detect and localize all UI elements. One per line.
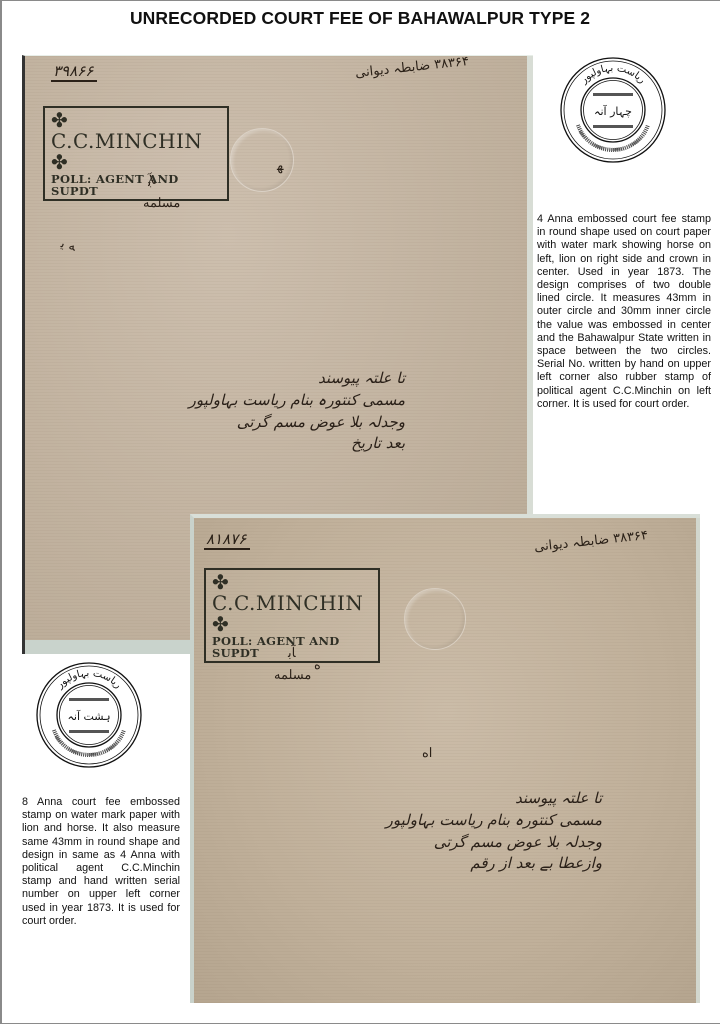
rubber-stamp-line1: ✤ C.C.MINCHIN ✤ xyxy=(51,110,221,173)
four-anna-description: 4 Anna embossed court fee stamp in round… xyxy=(537,213,711,411)
four-anna-seal-icon: ریاست بہاولپور چہار آنہ xyxy=(558,55,668,165)
handwriting-line: وجدلہ بلا عوض مسم گرتی xyxy=(302,832,602,854)
margin-note: ﻣﺴﻠﻤﻪ xyxy=(143,196,180,211)
handwritten-order: تا علتہ پیوسند مسمی کنتورہ بنام ریاست بہ… xyxy=(302,788,602,875)
handwriting-line: وازعطا بے بعد از رقم xyxy=(302,853,602,875)
handwriting-line: مسمی کنتورہ بنام ریاست بہاولپور xyxy=(302,810,602,832)
rubber-stamp-line2: POLL: AGENT AND SUPDT xyxy=(51,173,221,197)
margin-note: ﻬ xyxy=(277,158,283,174)
handwriting-line: تا علتہ پیوسند xyxy=(302,788,602,810)
seal-outer-text: ریاست بہاولپور xyxy=(54,668,124,692)
document-eight-anna: ۸۱۸۷۶ ۳۸۳۶۴ ضابطہ دیوانی ✤ C.C.MINCHIN ✤… xyxy=(190,514,700,1003)
rubber-stamp-minchin: ✤ C.C.MINCHIN ✤ POLL: AGENT AND SUPDT xyxy=(43,106,229,201)
handwritten-order: تا علتہ پیوسند مسمی کنتورہ بنام ریاست بہ… xyxy=(145,368,405,455)
seal-outer-text: ریاست بہاولپور xyxy=(578,63,648,87)
handwriting-line: مسمی کنتورہ بنام ریاست بہاولپور xyxy=(145,390,405,412)
handwriting-line: بعد تاریخ xyxy=(145,433,405,455)
top-right-note: ۳۸۳۶۴ ضابطہ دیوانی xyxy=(534,528,649,555)
eight-anna-description: 8 Anna court fee embossed stamp on water… xyxy=(22,796,180,928)
handwriting-line: تا علتہ پیوسند xyxy=(145,368,405,390)
seal-center-text: چہار آنہ xyxy=(594,104,632,118)
embossed-stamp xyxy=(404,588,466,650)
svg-text:ریاست بہاولپور: ریاست بہاولپور xyxy=(578,63,648,87)
margin-note: ﻪ ﻳ xyxy=(59,236,77,254)
margin-note: ﻩ xyxy=(314,658,321,673)
handwriting-line: وجدلہ بلا عوض مسم گرتی xyxy=(145,412,405,434)
serial-number: ۸۱۸۷۶ xyxy=(204,530,250,550)
serial-number: ۳۹۸۶۶ xyxy=(51,62,97,82)
eight-anna-seal-icon: ریاست بہاولپور ہشت آنہ xyxy=(34,660,144,770)
top-right-note: ۳۸۳۶۴ ضابطہ دیوانی xyxy=(355,55,470,81)
seal-center-text: ہشت آنہ xyxy=(67,709,110,723)
rubber-stamp-line1: ✤ C.C.MINCHIN ✤ xyxy=(212,572,372,635)
margin-note: ﺂﺑ xyxy=(288,646,296,661)
page-title: UNRECORDED COURT FEE OF BAHAWALPUR TYPE … xyxy=(0,8,720,29)
margin-note: ﺍﻩ xyxy=(422,746,432,761)
margin-note: ﻣﺴﻠﻤﻪ xyxy=(274,668,311,683)
svg-text:ریاست بہاولپور: ریاست بہاولپور xyxy=(54,668,124,692)
embossed-stamp xyxy=(230,128,294,192)
